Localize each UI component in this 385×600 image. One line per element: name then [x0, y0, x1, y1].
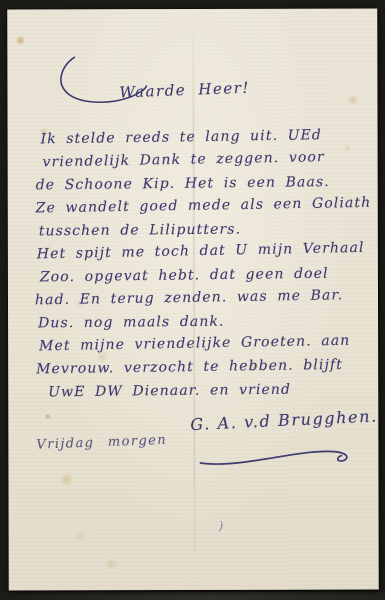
- letter-line: Ze wandelt goed mede als een Goliath: [36, 195, 370, 224]
- signature: G. A. v.d Brugghen.: [190, 406, 378, 434]
- signature-flourish: [198, 445, 356, 471]
- stain: [347, 95, 358, 106]
- salutation: Waarde Heer!: [119, 79, 250, 102]
- stain: [15, 35, 25, 45]
- ink-mark: ): [219, 519, 224, 533]
- stain: [44, 413, 51, 419]
- stain: [75, 531, 87, 541]
- paper: Waarde Heer! Ik stelde reeds te lang uit…: [7, 9, 379, 591]
- letter-line: had. En terug zenden. was me Bar.: [35, 287, 370, 316]
- mat-strip: [0, 592, 385, 600]
- letter-body: Ik stelde reeds te lang uit. UEd vriende…: [34, 131, 371, 408]
- stain: [58, 473, 74, 486]
- date-note: Vrijdag morgen: [36, 433, 167, 453]
- letter-line: Mevrouw. verzocht te hebben. blijft: [36, 356, 370, 384]
- stain: [103, 559, 121, 569]
- letter-line: vriendelijk Dank te zeggen. voor: [42, 148, 369, 177]
- letter-line: UwE DW Dienaar. en vriend: [48, 381, 370, 408]
